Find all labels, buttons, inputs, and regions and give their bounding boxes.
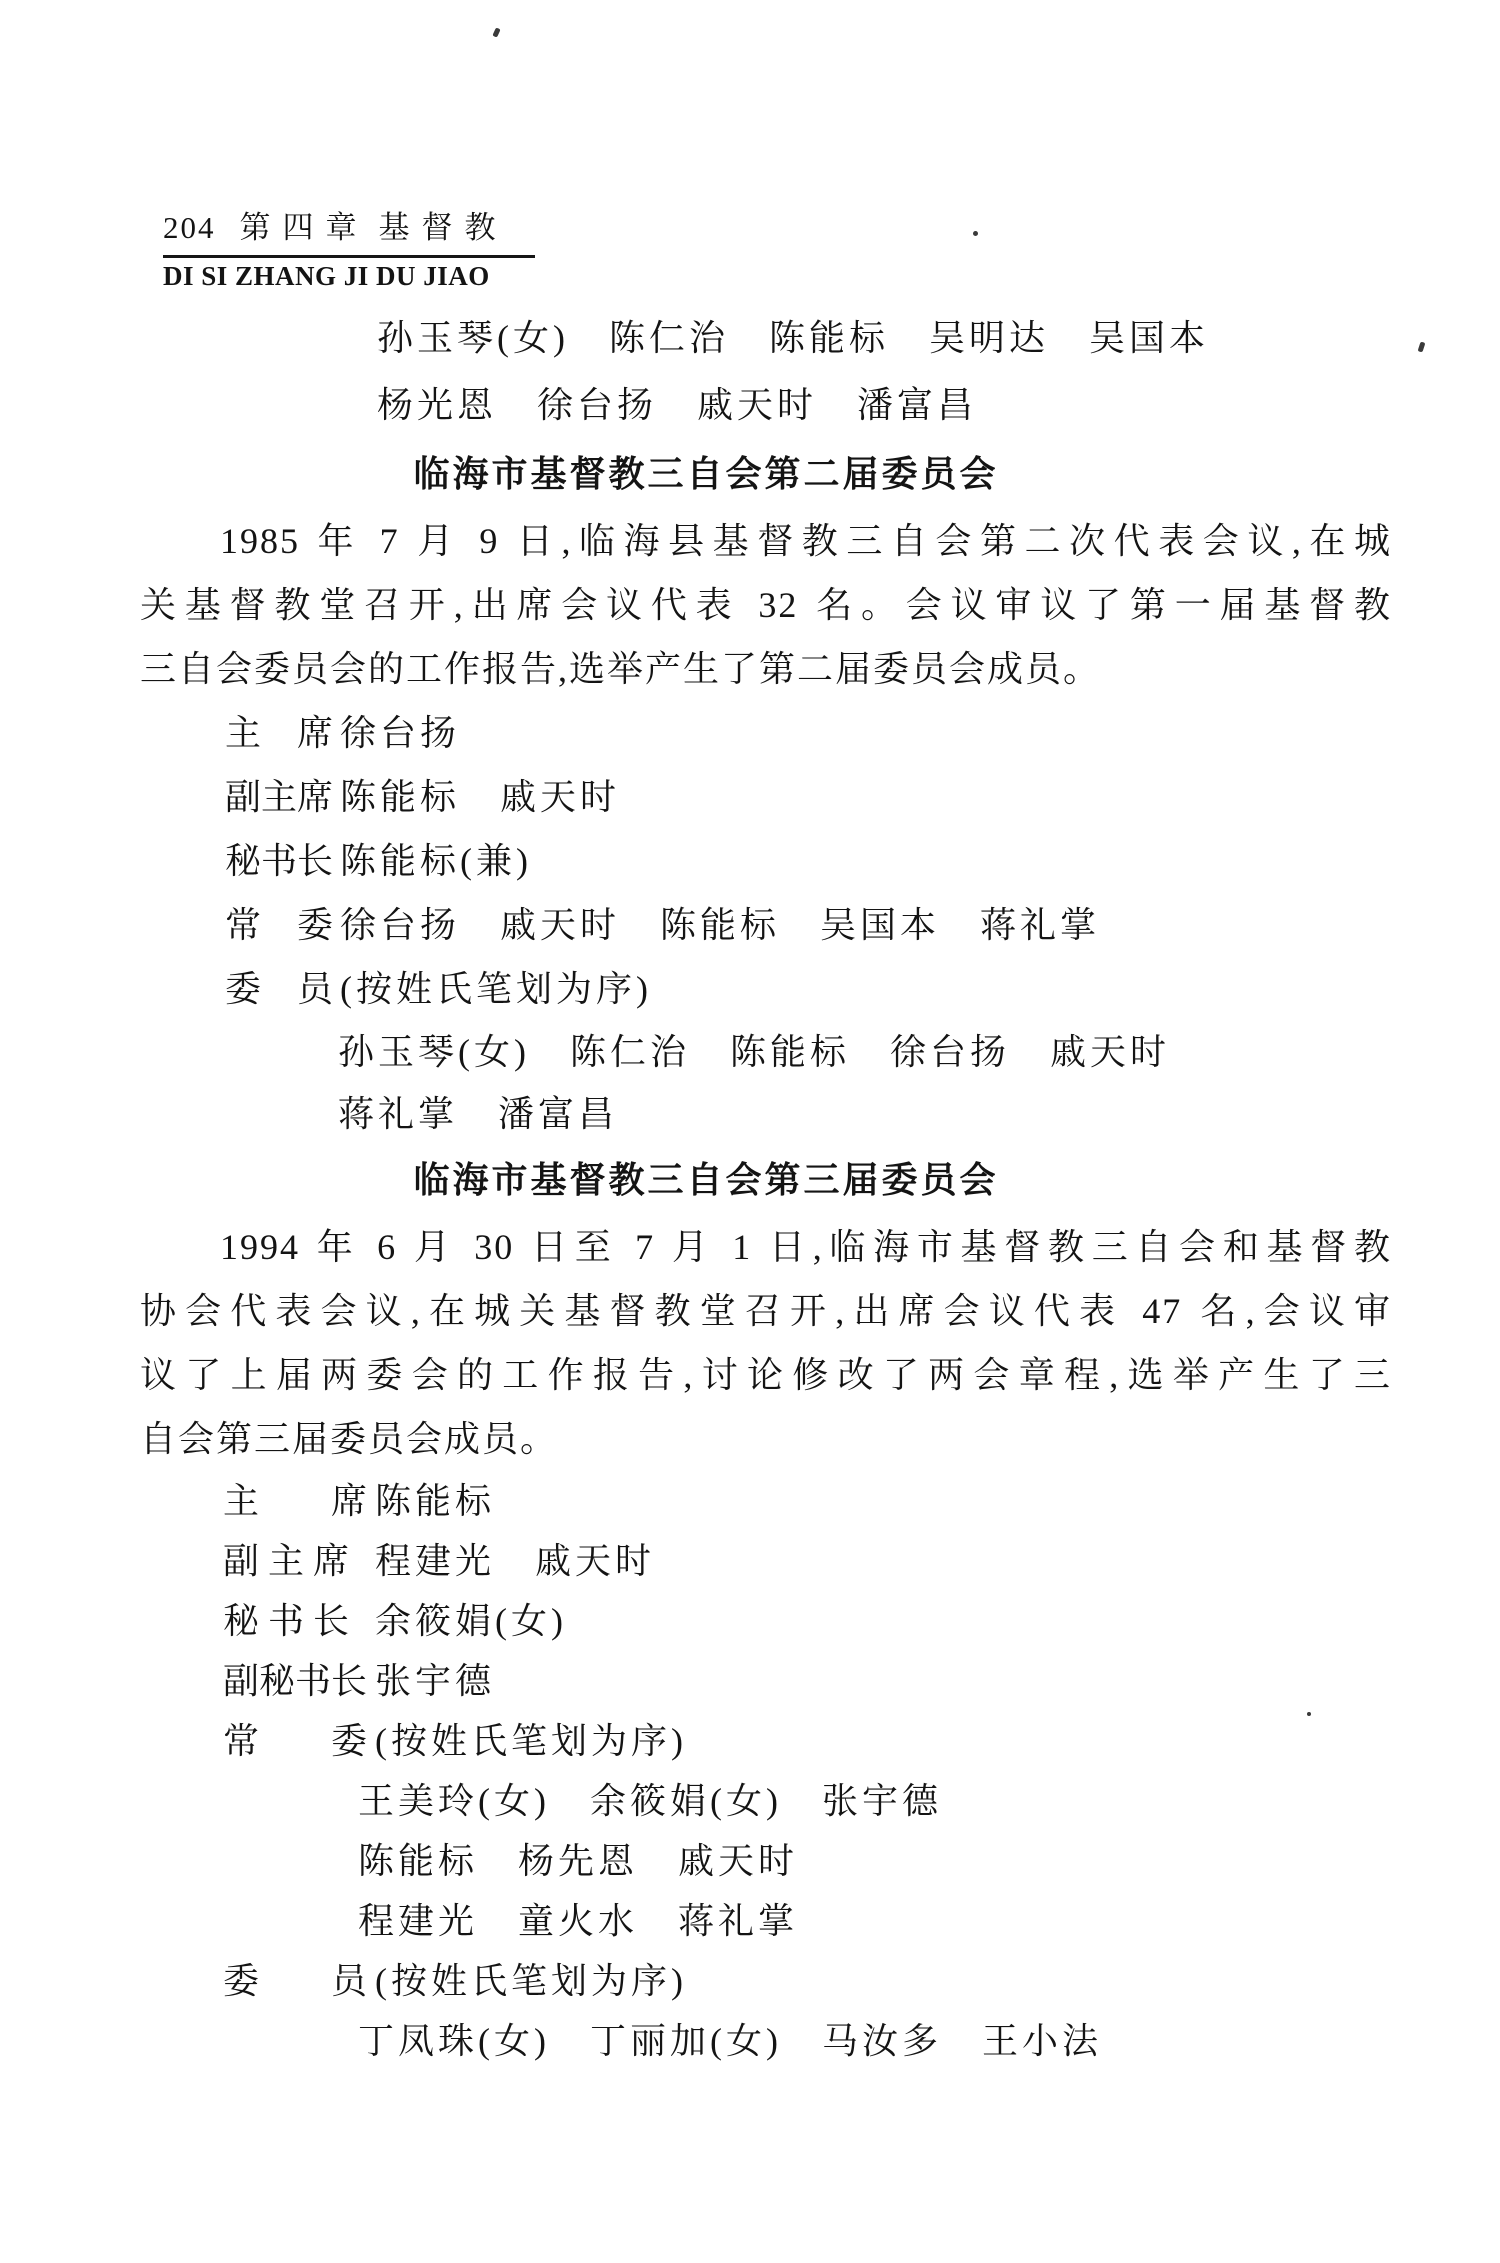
role-row: 常 委(按姓氏笔划为序) [140, 1711, 1392, 1771]
chapter-label: 第四章 [240, 210, 369, 245]
role-row: 副 主 席程建光 戚天时 [140, 1531, 1392, 1591]
role-row: 委 员(按姓氏笔划为序) [140, 957, 1392, 1021]
member-line: 陈能标 杨先恩 戚天时 [140, 1831, 1392, 1891]
section-heading-second-committee: 临海市基督教三自会第二届委员会 [140, 439, 1272, 509]
paragraph-line: 三自会委员会的工作报告,选举产生了第二届委员会成员。 [140, 637, 1392, 701]
role-value: 徐台扬 [340, 713, 460, 753]
member-line: 孙玉琴(女) 陈仁治 陈能标 徐台扬 戚天时 [140, 1021, 1392, 1083]
role-value: 张宇德 [375, 1661, 495, 1701]
roles-list-third-committee: 主 席陈能标 副 主 席程建光 戚天时 秘 书 长余筱娟(女) 副秘书长张宇德 … [140, 1471, 1392, 2071]
role-value: 陈能标(兼) [340, 841, 532, 881]
book-page: 204第四章基督教 DI SI ZHANG JI DU JIAO 孙玉琴(女) … [0, 0, 1500, 2263]
role-row: 主 席徐台扬 [140, 701, 1392, 765]
member-line: 孙玉琴(女) 陈仁治 陈能标 吴明达 吴国本 [140, 305, 1392, 372]
role-value: (按姓氏笔划为序) [375, 1961, 687, 2001]
scan-speck [492, 27, 500, 37]
scan-speck [973, 231, 978, 236]
role-row: 副主席陈能标 戚天时 [140, 765, 1392, 829]
role-label: 常 委 [225, 893, 340, 957]
member-line: 蒋礼掌 潘富昌 [140, 1083, 1392, 1145]
member-line: 丁凤珠(女) 丁丽加(女) 马汝多 王小法 [140, 2011, 1392, 2071]
paragraph-line: 关基督教堂召开,出席会议代表 32 名。会议审议了第一届基督教 [140, 573, 1392, 637]
paragraph-third-committee: 1994 年 6 月 30 日至 7 月 1 日,临海市基督教三自会和基督教 协… [140, 1215, 1392, 1471]
role-label: 委 员 [223, 1951, 375, 2011]
role-row: 秘 书 长余筱娟(女) [140, 1591, 1392, 1651]
role-label: 副 主 席 [223, 1531, 375, 1591]
paragraph-line: 议了上届两委会的工作报告,讨论修改了两会章程,选举产生了三 [140, 1343, 1392, 1407]
role-value: (按姓氏笔划为序) [375, 1721, 687, 1761]
role-label: 副主席 [225, 765, 340, 829]
role-label: 委 员 [225, 957, 340, 1021]
page-body: 孙玉琴(女) 陈仁治 陈能标 吴明达 吴国本 杨光恩 徐台扬 戚天时 潘富昌 临… [140, 305, 1392, 2071]
paragraph-line: 1994 年 6 月 30 日至 7 月 1 日,临海市基督教三自会和基督教 [140, 1215, 1392, 1279]
member-line: 程建光 童火水 蒋礼掌 [140, 1891, 1392, 1951]
role-row: 委 员(按姓氏笔划为序) [140, 1951, 1392, 2011]
paragraph-line: 1985 年 7 月 9 日,临海县基督教三自会第二次代表会议,在城 [140, 509, 1392, 573]
running-header: 204第四章基督教 DI SI ZHANG JI DU JIAO [163, 210, 535, 292]
paragraph-line: 自会第三届委员会成员。 [140, 1407, 1392, 1471]
scan-speck [1307, 1712, 1311, 1716]
page-number: 204 [163, 210, 216, 245]
roles-list-second-committee: 主 席徐台扬 副主席陈能标 戚天时 秘书长陈能标(兼) 常 委徐台扬 戚天时 陈… [140, 701, 1392, 1145]
section-heading-third-committee: 临海市基督教三自会第三届委员会 [140, 1145, 1272, 1215]
role-label: 主 席 [223, 1471, 375, 1531]
member-line: 杨光恩 徐台扬 戚天时 潘富昌 [140, 372, 1392, 439]
member-line: 王美玲(女) 余筱娟(女) 张宇德 [140, 1771, 1392, 1831]
paragraph-second-committee: 1985 年 7 月 9 日,临海县基督教三自会第二次代表会议,在城 关基督教堂… [140, 509, 1392, 701]
role-label: 副秘书长 [223, 1651, 375, 1711]
role-value: 余筱娟(女) [375, 1601, 567, 1641]
role-row: 常 委徐台扬 戚天时 陈能标 吴国本 蒋礼掌 [140, 893, 1392, 957]
role-label: 秘 书 长 [223, 1591, 375, 1651]
role-value: 程建光 戚天时 [375, 1541, 655, 1581]
role-label: 常 委 [223, 1711, 375, 1771]
chapter-title: 基督教 [379, 210, 508, 245]
role-row: 副秘书长张宇德 [140, 1651, 1392, 1711]
role-row: 秘书长陈能标(兼) [140, 829, 1392, 893]
scan-speck [1418, 341, 1426, 352]
role-label: 秘书长 [225, 829, 340, 893]
header-pinyin: DI SI ZHANG JI DU JIAO [163, 261, 535, 292]
role-value: 陈能标 [375, 1481, 495, 1521]
role-value: (按姓氏笔划为序) [340, 969, 652, 1009]
header-rule: 204第四章基督教 [163, 210, 535, 258]
paragraph-line: 协会代表会议,在城关基督教堂召开,出席会议代表 47 名,会议审 [140, 1279, 1392, 1343]
role-value: 徐台扬 戚天时 陈能标 吴国本 蒋礼掌 [340, 905, 1100, 945]
role-row: 主 席陈能标 [140, 1471, 1392, 1531]
carryover-member-list: 孙玉琴(女) 陈仁治 陈能标 吴明达 吴国本 杨光恩 徐台扬 戚天时 潘富昌 [140, 305, 1392, 439]
role-value: 陈能标 戚天时 [340, 777, 620, 817]
role-label: 主 席 [225, 701, 340, 765]
